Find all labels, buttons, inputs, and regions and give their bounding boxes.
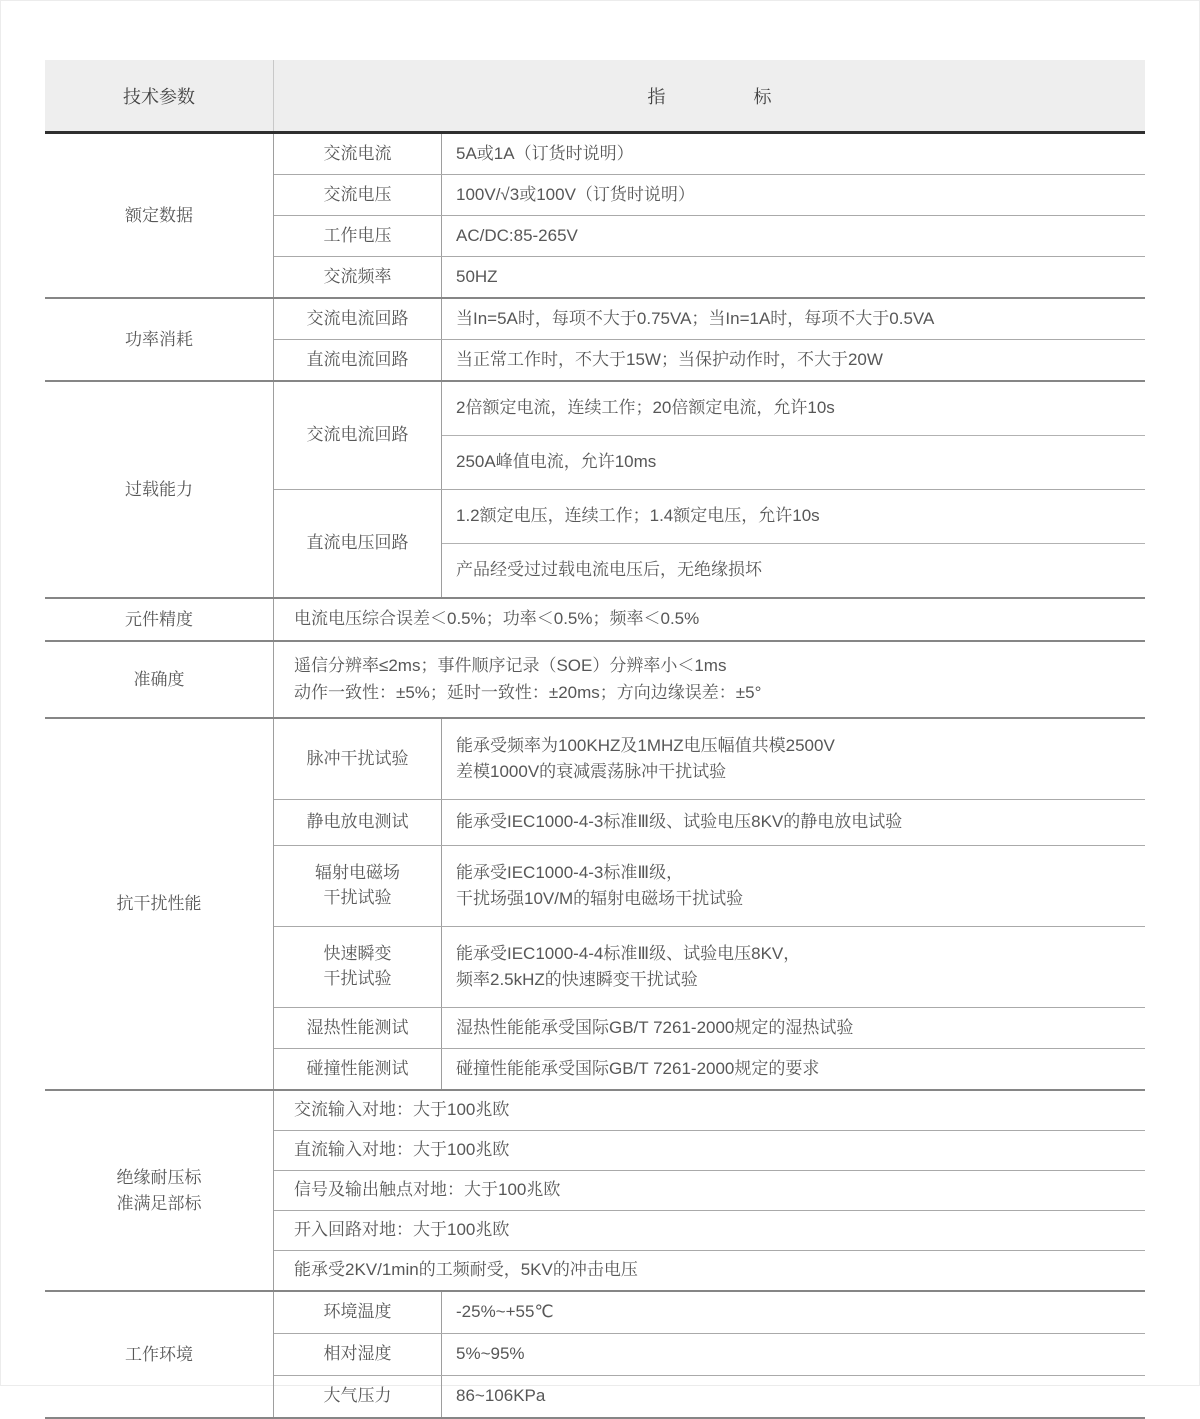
value-cell: 能承受IEC1000-4-4标准Ⅲ级、试验电压8KV， 频率2.5kHZ的快速瞬…	[442, 927, 1145, 1007]
value-text: 开入回路对地：大于100兆欧	[294, 1217, 509, 1243]
table-row: 碰撞性能测试 碰撞性能能承受国际GB/T 7261-2000规定的要求	[274, 1048, 1145, 1089]
category-cell: 工作环境	[45, 1292, 274, 1417]
value-cell: 当正常工作时，不大于15W；当保护动作时，不大于20W	[442, 340, 1145, 380]
value-cell: 碰撞性能能承受国际GB/T 7261-2000规定的要求	[442, 1049, 1145, 1089]
value-text: 能承受频率为100KHZ及1MHZ电压幅值共模2500V 差模1000V的衰减震…	[456, 733, 835, 786]
section-rows: 遥信分辨率≤2ms；事件顺序记录（SOE）分辨率小＜1ms 动作一致性：±5%；…	[274, 642, 1145, 717]
value-cell: 能承受2KV/1min的工频耐受，5KV的冲击电压	[274, 1251, 1145, 1290]
sub-parameter-label: 直流电压回路	[307, 531, 409, 556]
sub-parameter-label: 直流电流回路	[307, 348, 409, 373]
table-row: 遥信分辨率≤2ms；事件顺序记录（SOE）分辨率小＜1ms 动作一致性：±5%；…	[274, 642, 1145, 717]
table-row: 信号及输出触点对地：大于100兆欧	[274, 1170, 1145, 1210]
category-cell: 过载能力	[45, 382, 274, 597]
value-text: 2倍额定电流，连续工作；20倍额定电流，允许10s	[456, 395, 835, 421]
sub-parameter-label: 快速瞬变 干扰试验	[324, 942, 392, 991]
value-cell: 50HZ	[442, 257, 1145, 297]
value-cell: 5%~95%	[442, 1334, 1145, 1375]
category-label: 准确度	[134, 667, 185, 693]
sub-parameter-label: 碰撞性能测试	[307, 1057, 409, 1082]
table-row: 直流电流回路 当正常工作时，不大于15W；当保护动作时，不大于20W	[274, 339, 1145, 380]
section-power-consumption: 功率消耗 交流电流回路 当In=5A时，每项不大于0.75VA；当In=1A时，…	[45, 297, 1145, 380]
sub-parameter-cell: 大气压力	[274, 1376, 442, 1417]
value-text: 湿热性能能承受国际GB/T 7261-2000规定的湿热试验	[456, 1015, 853, 1041]
table-row: 电流电压综合误差＜0.5%；功率＜0.5%；频率＜0.5%	[274, 599, 1145, 640]
value-text: 5%~95%	[456, 1341, 525, 1367]
category-cell: 功率消耗	[45, 299, 274, 380]
table-row: 工作电压 AC/DC:85-265V	[274, 215, 1145, 256]
category-cell: 额定数据	[45, 134, 274, 297]
category-label: 功率消耗	[125, 327, 193, 353]
value-cell: 当In=5A时，每项不大于0.75VA；当In=1A时，每项不大于0.5VA	[442, 299, 1145, 339]
category-cell: 准确度	[45, 642, 274, 717]
sub-parameter-label: 相对湿度	[324, 1342, 392, 1367]
section-rows: 电流电压综合误差＜0.5%；功率＜0.5%；频率＜0.5%	[274, 599, 1145, 640]
value-text: 碰撞性能能承受国际GB/T 7261-2000规定的要求	[456, 1056, 819, 1082]
table-row: 交流电流回路 当In=5A时，每项不大于0.75VA；当In=1A时，每项不大于…	[274, 299, 1145, 339]
category-label: 额定数据	[125, 203, 193, 229]
value-text: 能承受2KV/1min的工频耐受，5KV的冲击电压	[294, 1257, 638, 1283]
sub-parameter-cell: 环境温度	[274, 1292, 442, 1333]
category-label: 过载能力	[125, 477, 193, 503]
header-indicators-label: 指标	[648, 83, 860, 109]
sub-parameter-cell: 交流电压	[274, 175, 442, 215]
sub-parameter-cell: 碰撞性能测试	[274, 1049, 442, 1089]
value-cell: 100V/√3或100V（订货时说明）	[442, 175, 1145, 215]
table-row: 大气压力 86~106KPa	[274, 1375, 1145, 1417]
section-rows: 交流电流回路 当In=5A时，每项不大于0.75VA；当In=1A时，每项不大于…	[274, 299, 1145, 380]
section-rows: 交流输入对地：大于100兆欧 直流输入对地：大于100兆欧 信号及输出触点对地：…	[274, 1091, 1145, 1290]
table-row: 快速瞬变 干扰试验 能承受IEC1000-4-4标准Ⅲ级、试验电压8KV， 频率…	[274, 926, 1145, 1007]
table-row: 湿热性能测试 湿热性能能承受国际GB/T 7261-2000规定的湿热试验	[274, 1007, 1145, 1048]
category-cell: 元件精度	[45, 599, 274, 640]
sub-parameter-label: 辐射电磁场 干扰试验	[315, 861, 400, 910]
value-text: 能承受IEC1000-4-3标准Ⅲ级， 干扰场强10V/M的辐射电磁场干扰试验	[456, 860, 743, 913]
value-cell: 5A或1A（订货时说明）	[442, 134, 1145, 174]
sub-parameter-cell: 交流电流回路	[274, 299, 442, 339]
category-label: 绝缘耐压标 准满足部标	[117, 1165, 202, 1216]
value-cell: 能承受IEC1000-4-3标准Ⅲ级、试验电压8KV的静电放电试验	[442, 800, 1145, 845]
section-rows: 交流电流 5A或1A（订货时说明） 交流电压 100V/√3或100V（订货时说…	[274, 134, 1145, 297]
value-text: 86~106KPa	[456, 1383, 545, 1409]
value-text: 信号及输出触点对地：大于100兆欧	[294, 1177, 560, 1203]
category-cell: 绝缘耐压标 准满足部标	[45, 1091, 274, 1290]
category-label: 元件精度	[125, 607, 193, 633]
section-working-environment: 工作环境 环境温度 -25%~+55℃ 相对湿度 5%~95% 大气压力 86~…	[45, 1290, 1145, 1417]
header-cell-indicators: 指标	[274, 60, 1145, 131]
sub-parameter-label: 交流电流回路	[307, 423, 409, 448]
value-text: 能承受IEC1000-4-4标准Ⅲ级、试验电压8KV， 频率2.5kHZ的快速瞬…	[456, 941, 800, 994]
sub-parameter-cell: 交流频率	[274, 257, 442, 297]
value-text: 250A峰值电流，允许10ms	[456, 449, 656, 475]
value-text: 电流电压综合误差＜0.5%；功率＜0.5%；频率＜0.5%	[294, 606, 699, 632]
sub-parameter-label: 交流电流	[324, 142, 392, 167]
value-cell: 电流电压综合误差＜0.5%；功率＜0.5%；频率＜0.5%	[274, 599, 1145, 640]
value-text: 5A或1A（订货时说明）	[456, 141, 634, 167]
value-cell: 遥信分辨率≤2ms；事件顺序记录（SOE）分辨率小＜1ms 动作一致性：±5%；…	[274, 642, 1145, 717]
value-cell: 湿热性能能承受国际GB/T 7261-2000规定的湿热试验	[442, 1008, 1145, 1048]
sub-parameter-cell: 相对湿度	[274, 1334, 442, 1375]
sub-parameter-cell: 湿热性能测试	[274, 1008, 442, 1048]
value-text: 遥信分辨率≤2ms；事件顺序记录（SOE）分辨率小＜1ms 动作一致性：±5%；…	[294, 653, 761, 706]
section-overload-capability: 过载能力 交流电流回路 2倍额定电流，连续工作；20倍额定电流，允许10s 25…	[45, 380, 1145, 597]
table-row: 能承受2KV/1min的工频耐受，5KV的冲击电压	[274, 1250, 1145, 1290]
value-cell: 2倍额定电流，连续工作；20倍额定电流，允许10s	[442, 382, 1145, 435]
header-cell-parameters: 技术参数	[45, 60, 274, 131]
section-rated-data: 额定数据 交流电流 5A或1A（订货时说明） 交流电压 100V/√3或100V…	[45, 134, 1145, 297]
value-cell: 能承受IEC1000-4-3标准Ⅲ级， 干扰场强10V/M的辐射电磁场干扰试验	[442, 846, 1145, 926]
value-cell: 能承受频率为100KHZ及1MHZ电压幅值共模2500V 差模1000V的衰减震…	[442, 719, 1145, 799]
value-cell: 直流输入对地：大于100兆欧	[274, 1131, 1145, 1170]
table-row: 开入回路对地：大于100兆欧	[274, 1210, 1145, 1250]
value-text: 产品经受过过载电流电压后，无绝缘损坏	[456, 557, 762, 583]
sub-parameter-cell: 交流电流回路	[274, 382, 442, 489]
spec-table: 技术参数 指标 额定数据 交流电流 5A或1A（订货时说明） 交流电压	[45, 60, 1145, 1419]
section-accuracy: 准确度 遥信分辨率≤2ms；事件顺序记录（SOE）分辨率小＜1ms 动作一致性：…	[45, 640, 1145, 717]
value-cell: 开入回路对地：大于100兆欧	[274, 1211, 1145, 1250]
value-cell: 1.2额定电压，连续工作；1.4额定电压，允许10s	[442, 490, 1145, 543]
sub-parameter-label: 交流电压	[324, 183, 392, 208]
category-label: 工作环境	[125, 1342, 193, 1368]
value-text: 交流输入对地：大于100兆欧	[294, 1097, 509, 1123]
section-rows: 脉冲干扰试验 能承受频率为100KHZ及1MHZ电压幅值共模2500V 差模10…	[274, 719, 1145, 1089]
value-cell: 交流输入对地：大于100兆欧	[274, 1091, 1145, 1130]
group-values: 2倍额定电流，连续工作；20倍额定电流，允许10s 250A峰值电流，允许10m…	[442, 382, 1145, 489]
value-text: 能承受IEC1000-4-3标准Ⅲ级、试验电压8KV的静电放电试验	[456, 809, 902, 835]
sub-parameter-label: 大气压力	[324, 1384, 392, 1409]
table-row: 交流输入对地：大于100兆欧	[274, 1091, 1145, 1130]
table-row: 交流电流 5A或1A（订货时说明）	[274, 134, 1145, 174]
sub-parameter-cell: 直流电流回路	[274, 340, 442, 380]
value-text: 50HZ	[456, 264, 498, 290]
value-text: 当In=5A时，每项不大于0.75VA；当In=1A时，每项不大于0.5VA	[456, 306, 934, 332]
page: 技术参数 指标 额定数据 交流电流 5A或1A（订货时说明） 交流电压	[0, 0, 1200, 1386]
sub-parameter-label: 环境温度	[324, 1300, 392, 1325]
sub-parameter-label: 交流电流回路	[307, 307, 409, 332]
row-group: 交流电流回路 2倍额定电流，连续工作；20倍额定电流，允许10s 250A峰值电…	[274, 382, 1145, 489]
sub-parameter-label: 静电放电测试	[307, 810, 409, 835]
section-anti-interference: 抗干扰性能 脉冲干扰试验 能承受频率为100KHZ及1MHZ电压幅值共模2500…	[45, 717, 1145, 1089]
value-cell: -25%~+55℃	[442, 1292, 1145, 1333]
table-row: 环境温度 -25%~+55℃	[274, 1292, 1145, 1333]
section-component-accuracy: 元件精度 电流电压综合误差＜0.5%；功率＜0.5%；频率＜0.5%	[45, 597, 1145, 640]
sub-parameter-cell: 辐射电磁场 干扰试验	[274, 846, 442, 926]
value-text: 直流输入对地：大于100兆欧	[294, 1137, 509, 1163]
value-text: 1.2额定电压，连续工作；1.4额定电压，允许10s	[456, 503, 820, 529]
sub-parameter-cell: 直流电压回路	[274, 490, 442, 597]
sub-parameter-cell: 工作电压	[274, 216, 442, 256]
table-body: 额定数据 交流电流 5A或1A（订货时说明） 交流电压 100V/√3或100V…	[45, 134, 1145, 1419]
category-label: 抗干扰性能	[117, 891, 202, 917]
value-text: -25%~+55℃	[456, 1299, 554, 1325]
sub-parameter-label: 工作电压	[324, 224, 392, 249]
table-row: 静电放电测试 能承受IEC1000-4-3标准Ⅲ级、试验电压8KV的静电放电试验	[274, 799, 1145, 845]
group-values: 1.2额定电压，连续工作；1.4额定电压，允许10s 产品经受过过载电流电压后，…	[442, 490, 1145, 597]
value-text: 100V/√3或100V（订货时说明）	[456, 182, 695, 208]
sub-parameter-cell: 脉冲干扰试验	[274, 719, 442, 799]
table-row: 相对湿度 5%~95%	[274, 1333, 1145, 1375]
header-parameters-label: 技术参数	[123, 83, 195, 109]
table-row: 交流频率 50HZ	[274, 256, 1145, 297]
value-text: AC/DC:85-265V	[456, 223, 578, 249]
sub-parameter-cell: 交流电流	[274, 134, 442, 174]
value-cell: 250A峰值电流，允许10ms	[442, 435, 1145, 489]
value-text: 当正常工作时，不大于15W；当保护动作时，不大于20W	[456, 347, 883, 373]
sub-parameter-cell: 静电放电测试	[274, 800, 442, 845]
table-row: 直流输入对地：大于100兆欧	[274, 1130, 1145, 1170]
section-insulation-withstand: 绝缘耐压标 准满足部标 交流输入对地：大于100兆欧 直流输入对地：大于100兆…	[45, 1089, 1145, 1290]
table-row: 辐射电磁场 干扰试验 能承受IEC1000-4-3标准Ⅲ级， 干扰场强10V/M…	[274, 845, 1145, 926]
value-cell: 产品经受过过载电流电压后，无绝缘损坏	[442, 543, 1145, 597]
table-row: 脉冲干扰试验 能承受频率为100KHZ及1MHZ电压幅值共模2500V 差模10…	[274, 719, 1145, 799]
sub-parameter-label: 脉冲干扰试验	[307, 747, 409, 772]
sub-parameter-label: 交流频率	[324, 265, 392, 290]
sub-parameter-label: 湿热性能测试	[307, 1016, 409, 1041]
row-group: 直流电压回路 1.2额定电压，连续工作；1.4额定电压，允许10s 产品经受过过…	[274, 489, 1145, 597]
value-cell: AC/DC:85-265V	[442, 216, 1145, 256]
section-rows: 环境温度 -25%~+55℃ 相对湿度 5%~95% 大气压力 86~106KP…	[274, 1292, 1145, 1417]
section-rows: 交流电流回路 2倍额定电流，连续工作；20倍额定电流，允许10s 250A峰值电…	[274, 382, 1145, 597]
table-row: 交流电压 100V/√3或100V（订货时说明）	[274, 174, 1145, 215]
sub-parameter-cell: 快速瞬变 干扰试验	[274, 927, 442, 1007]
value-cell: 86~106KPa	[442, 1376, 1145, 1417]
value-cell: 信号及输出触点对地：大于100兆欧	[274, 1171, 1145, 1210]
table-header: 技术参数 指标	[45, 60, 1145, 134]
category-cell: 抗干扰性能	[45, 719, 274, 1089]
